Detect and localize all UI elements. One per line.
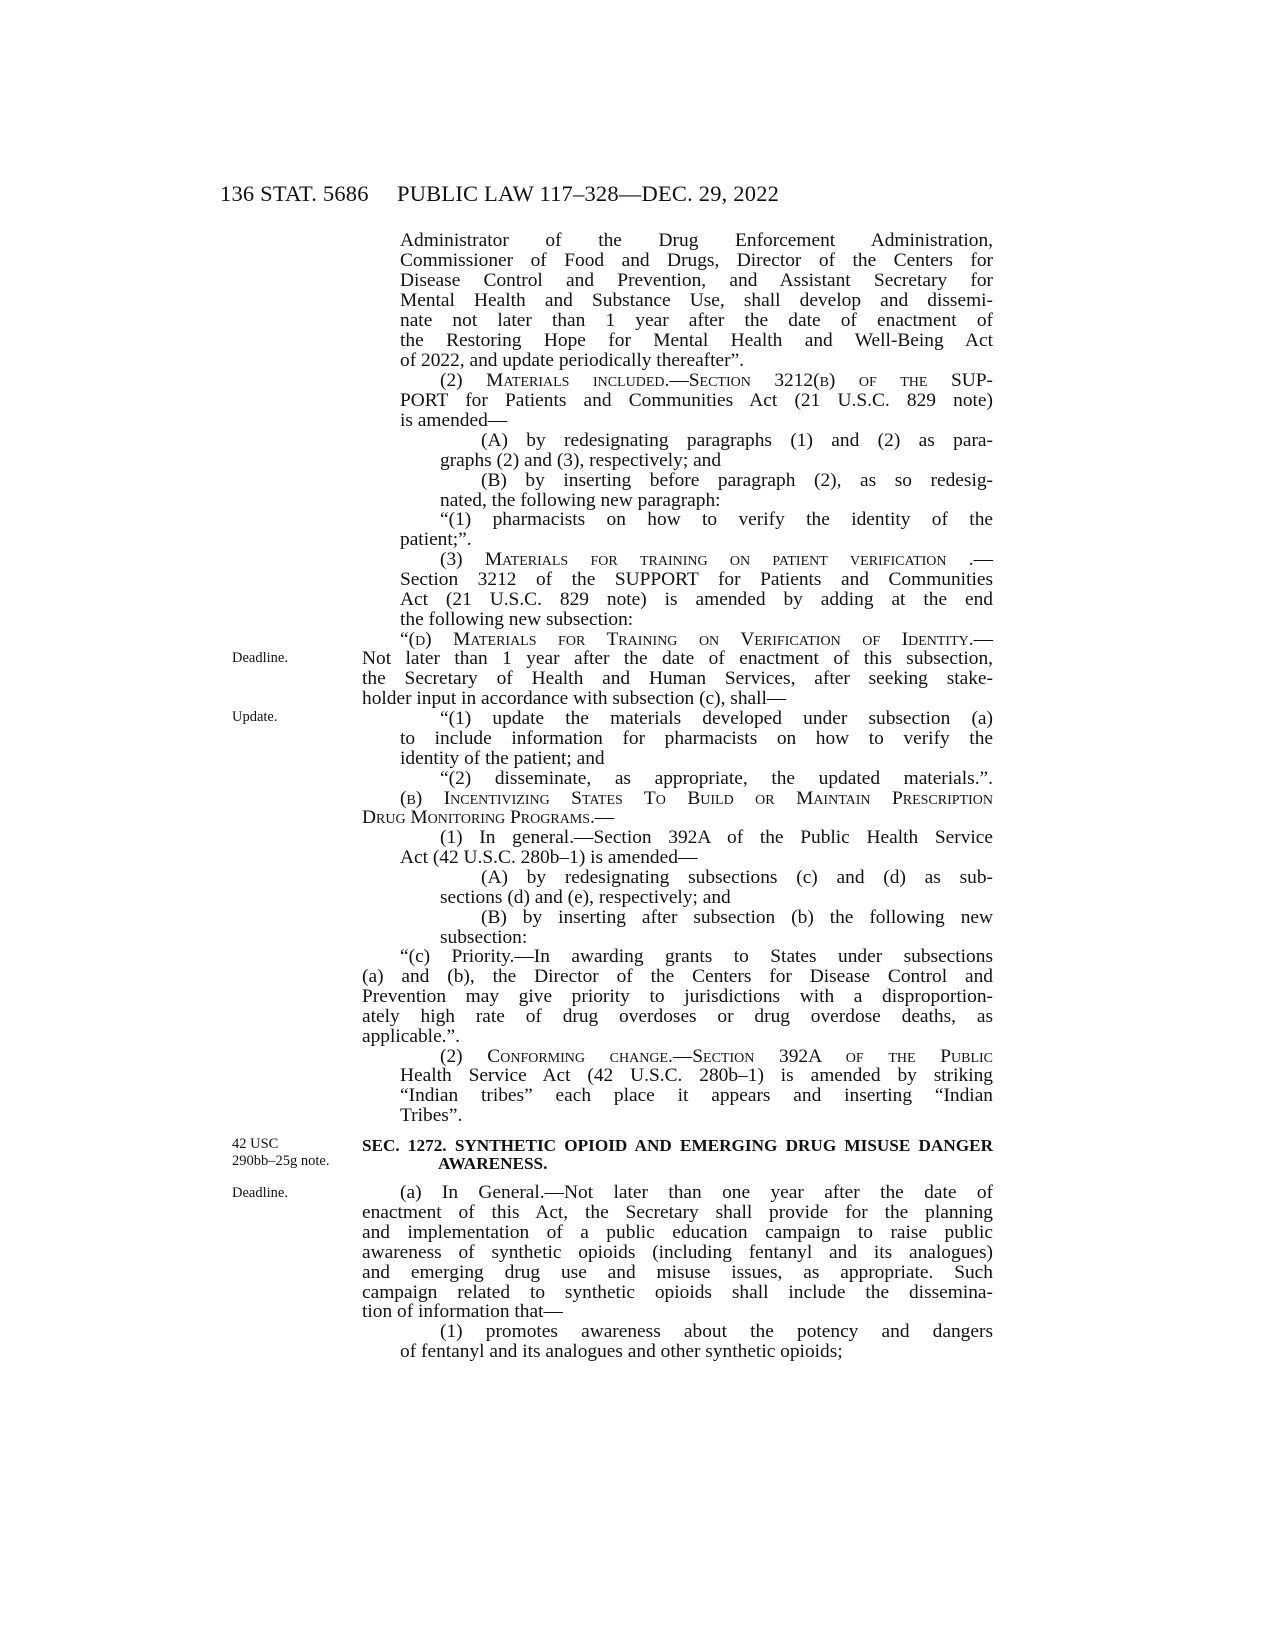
text-line: nated, the following new paragraph: xyxy=(440,491,721,511)
text-line: the Restoring Hope for Mental Health and… xyxy=(400,331,993,351)
text-line: tion of information that— xyxy=(362,1302,563,1322)
section-heading: SEC. 1272. SYNTHETIC OPIOID AND EMERGING… xyxy=(362,1136,993,1156)
page-title: PUBLIC LAW 117–328—DEC. 29, 2022 xyxy=(397,181,779,209)
text-line: nate not later than 1 year after the dat… xyxy=(400,311,993,331)
text-line: sections (d) and (e), respectively; and xyxy=(440,888,731,908)
text-line: Health Service Act (42 U.S.C. 280b–1) is… xyxy=(400,1066,993,1086)
text-line: “(1) pharmacists on how to verify the id… xyxy=(440,510,993,530)
text-line: the Secretary of Health and Human Servic… xyxy=(362,669,993,689)
text-line: Not later than 1 year after the date of … xyxy=(362,649,993,669)
text-line: patient;”. xyxy=(400,530,472,550)
text-line: (1) In general.—Section 392A of the Publ… xyxy=(440,828,993,848)
subsection-heading: Drug Monitoring Programs.— xyxy=(362,808,614,828)
text-line: and emerging drug use and misuse issues,… xyxy=(362,1263,993,1283)
text-line: of fentanyl and its analogues and other … xyxy=(400,1342,843,1362)
margin-note-deadline: Deadline. xyxy=(232,650,288,667)
text-line: “(2) disseminate, as appropriate, the up… xyxy=(440,769,993,789)
text-line: of 2022, and update periodically thereaf… xyxy=(400,351,744,371)
text-line: and implementation of a public education… xyxy=(362,1223,993,1243)
subsection-heading: “(d) Materials for Training on Verificat… xyxy=(400,630,993,650)
text-line: (1) promotes awareness about the potency… xyxy=(440,1322,993,1342)
text-line: Tribes”. xyxy=(400,1106,462,1126)
text-line: ately high rate of drug overdoses or dru… xyxy=(362,1007,993,1027)
margin-note-update: Update. xyxy=(232,709,278,726)
text-line: graphs (2) and (3), respectively; and xyxy=(440,451,721,471)
text-line: Section 3212 of the SUPPORT for Patients… xyxy=(400,570,993,590)
paragraph-heading: (3) Materials for training on patient ve… xyxy=(440,550,993,570)
page-reference: 136 STAT. 5686 xyxy=(220,181,369,209)
margin-note-usc-section: 290bb–25g note. xyxy=(232,1153,329,1170)
text-line: is amended— xyxy=(400,411,507,431)
text-line: Mental Health and Substance Use, shall d… xyxy=(400,291,993,311)
text-line: holder input in accordance with subsecti… xyxy=(362,689,786,709)
margin-note-deadline: Deadline. xyxy=(232,1185,288,1202)
text-line: Act (21 U.S.C. 829 note) is amended by a… xyxy=(400,590,993,610)
section-heading: AWARENESS. xyxy=(438,1154,547,1174)
text-line: “(c) Priority.—In awarding grants to Sta… xyxy=(400,947,993,967)
text-line: the following new subsection: xyxy=(400,610,633,630)
text-line: (a) and (b), the Director of the Centers… xyxy=(362,967,993,987)
text-line: Disease Control and Prevention, and Assi… xyxy=(400,271,993,291)
text-line: (A) by redesignating subsections (c) and… xyxy=(481,868,993,888)
text-line: PORT for Patients and Communities Act (2… xyxy=(400,391,993,411)
text-line: Commissioner of Food and Drugs, Director… xyxy=(400,251,993,271)
text-line: awareness of synthetic opioids (includin… xyxy=(362,1243,993,1263)
text-line: enactment of this Act, the Secretary sha… xyxy=(362,1203,993,1223)
text-line: Administrator of the Drug Enforcement Ad… xyxy=(400,231,993,251)
text-line: “Indian tribes” each place it appears an… xyxy=(400,1086,993,1106)
text-line: subsection: xyxy=(440,928,527,948)
text-line: Act (42 U.S.C. 280b–1) is amended— xyxy=(400,848,697,868)
paragraph-heading: (2) Conforming change.—Section 392A of t… xyxy=(440,1047,993,1067)
text-line: (B) by inserting before paragraph (2), a… xyxy=(481,471,993,491)
subsection-heading: (b) Incentivizing States To Build or Mai… xyxy=(400,789,993,809)
margin-note-usc: 42 USC xyxy=(232,1136,278,1153)
text-line: campaign related to synthetic opioids sh… xyxy=(362,1283,993,1303)
text-line: applicable.”. xyxy=(362,1027,460,1047)
text-line: (B) by inserting after subsection (b) th… xyxy=(481,908,993,928)
text-line: to include information for pharmacists o… xyxy=(400,729,993,749)
document-page: 136 STAT. 5686 PUBLIC LAW 117–328—DEC. 2… xyxy=(0,0,1275,1650)
text-line: (A) by redesignating paragraphs (1) and … xyxy=(481,431,993,451)
text-line: Prevention may give priority to jurisdic… xyxy=(362,987,993,1007)
text-line: identity of the patient; and xyxy=(400,749,605,769)
paragraph-heading: (2) Materials included.—Section 3212(b) … xyxy=(440,371,993,391)
text-line: “(1) update the materials developed unde… xyxy=(440,709,993,729)
text-line: (a) In General.—Not later than one year … xyxy=(400,1183,993,1203)
